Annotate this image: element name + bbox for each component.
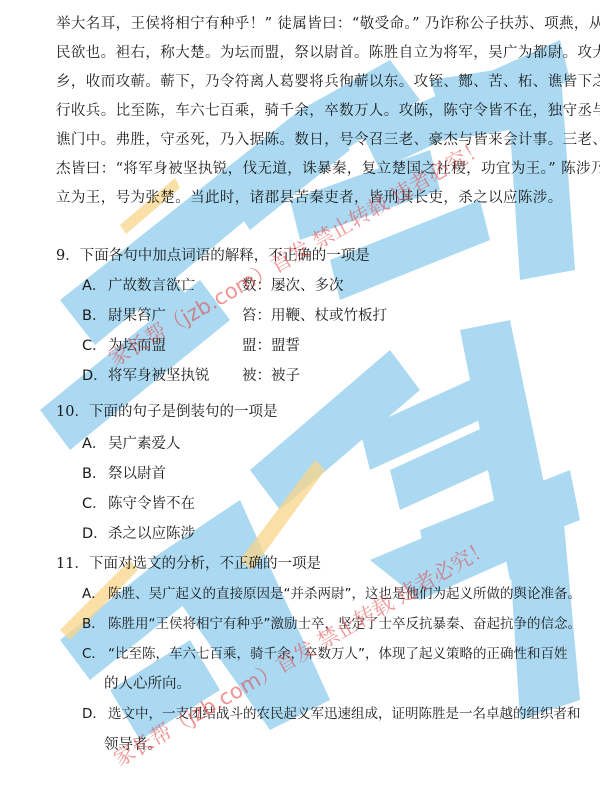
document-body: 举大名耳，王侯将相宁有种乎！” 徒属皆曰：“敬受命。” 乃诈称公子扶苏、项燕，从… [0,0,600,800]
question-11-option-c-continuation: 的人心所向。 [104,672,191,693]
option-label: B． [82,612,108,632]
passage-line: 杰皆曰：“将军身被坚执锐，伐无道，诛暴秦，复立楚国之社稷，功宜为王。” 陈涉乃 [56,157,600,178]
option-label: D． [82,364,108,385]
option-text: 广故数言欲亡 [108,278,195,294]
option-label: B． [82,304,108,325]
option-label: A． [82,274,108,295]
option-text: 吴广素爱人 [108,436,181,452]
option-label: A． [82,432,108,453]
question-11-stem: 11．下面对选文的分析，不正确的一项是 [56,552,321,573]
option-label: D． [82,702,108,722]
question-11-option-a: A．陈胜、吴广起义的直接原因是“并杀两尉”，这也是他们为起义所做的舆论准备。 [82,582,581,602]
option-label: C． [82,642,108,662]
option-label: A． [82,582,108,602]
question-9-option-a: A．广故数言欲亡 数：屡次、多次 [82,274,195,295]
option-note: 笞：用鞭、杖或竹板打 [242,304,387,325]
question-10-stem: 10．下面的句子是倒装句的一项是 [56,400,277,421]
passage-line: 谯门中。弗胜，守丞死，乃入据陈。数日，号令召三老、豪杰与皆来会计事。三老、豪 [56,128,600,149]
option-text: 将军身被坚执锐 [108,368,210,384]
option-label: C． [82,492,108,513]
option-label: B． [82,462,108,483]
option-text: 杀之以应陈涉 [108,526,195,542]
passage-line: 举大名耳，王侯将相宁有种乎！” 徒属皆曰：“敬受命。” 乃诈称公子扶苏、项燕，从 [56,12,600,33]
option-text: 祭以尉首 [108,466,166,482]
question-9-option-d: D．将军身被坚执锐 被：被子 [82,364,210,385]
question-10-option-b: B．祭以尉首 [82,462,166,483]
option-note: 盟：盟誓 [242,334,300,355]
passage-line: 民欲也。袒右，称大楚。为坛而盟，祭以尉首。陈胜自立为将军，吴广为都尉。攻大泽 [56,41,600,62]
question-10-option-d: D．杀之以应陈涉 [82,522,195,543]
option-text: 陈胜、吴广起义的直接原因是“并杀两尉”，这也是他们为起义所做的舆论准备。 [108,586,581,602]
passage-line: 立为王，号为张楚。当此时，诸郡县苦秦吏者，皆刑其长吏，杀之以应陈涉。 [56,186,563,207]
exam-page: 家长帮（jzb.com）首发 禁止转载 违者必究！ 家长帮（jzb.com）首发… [0,0,600,800]
passage-line: 行收兵。比至陈，车六七百乘，骑千余，卒数万人。攻陈，陈守令皆不在，独守丞与战 [56,99,600,120]
question-10-option-c: C．陈守令皆不在 [82,492,195,513]
option-label: C． [82,334,108,355]
option-label: D． [82,522,108,543]
option-note: 被：被子 [242,364,300,385]
option-text: 陈守令皆不在 [108,496,195,512]
question-10-option-a: A．吴广素爱人 [82,432,181,453]
passage-line: 乡，收而攻蕲。蕲下，乃令符离人葛婴将兵徇蕲以东。攻铚、酂、苦、柘、谯皆下之。 [56,70,600,91]
